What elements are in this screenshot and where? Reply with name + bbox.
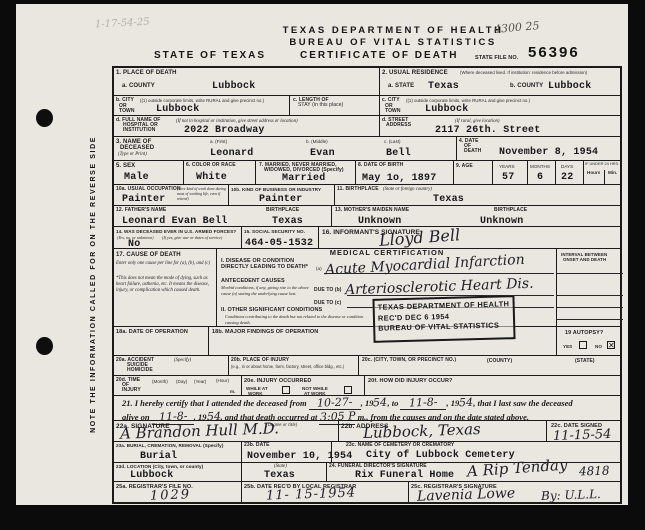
faint-pencil-scribble: 1-17-54-25 xyxy=(95,18,150,31)
disease-a-label: (a) xyxy=(316,266,322,272)
marital-cell: 7. MARRIED, NEVER MARRIED, WIDOWED, DIVO… xyxy=(256,161,356,184)
burial-date-label: 23b. DATE xyxy=(244,443,270,449)
res-county-value: Lubbock xyxy=(548,82,591,92)
date-signed-value: 11-15-54 xyxy=(553,428,612,443)
armed-forces-label: 14. WAS DECEASED EVER IN U.S. ARMED FORC… xyxy=(116,229,236,234)
accident-cell: 20a. ACCIDENT (Specify) SUICIDE HOMICIDE xyxy=(114,356,229,375)
name-cell: 3. NAME OF DECEASED (Type or Print) a. (… xyxy=(114,137,457,160)
burial-date-cell: 23b. DATE November 10, 1954 xyxy=(242,442,332,462)
cause-note1: Enter only one cause per line for (a), (… xyxy=(116,261,211,267)
accident-note: (Specify) xyxy=(174,358,191,364)
informant-cell: 16. INFORMANT'S SIGNATURE Lloyd Bell xyxy=(319,227,623,248)
place-of-death-label: 1. PLACE OF DEATH xyxy=(116,70,177,77)
birthplace-note: (State or foreign country) xyxy=(383,187,432,193)
hospital-label3: INSTITUTION xyxy=(123,128,156,134)
attended-from-fill: 10-27- xyxy=(309,397,361,410)
registrar-date-cell: 25b. DATE REC'D BY LOCAL REGISTRAR 11- 1… xyxy=(242,482,409,502)
header-bureau: BUREAU OF VITAL STATISTICS xyxy=(278,37,508,48)
row-parents: 12. FATHER'S NAME Leonard Evan Bell BIRT… xyxy=(114,206,620,227)
file-no-label: STATE FILE NO. xyxy=(475,55,518,61)
race-cell: 6. COLOR OR RACE White xyxy=(184,161,256,184)
mother-birthplace-label: BIRTHPLACE xyxy=(494,208,527,214)
interval-cell: INTERVAL BETWEEN ONSET AND DEATH xyxy=(557,249,623,326)
physician-address: Lubbock, Texas xyxy=(363,422,481,441)
father-cell: 12. FATHER'S NAME Leonard Evan Bell BIRT… xyxy=(114,206,332,226)
funeral-director-cell: 24. FUNERAL DIRECTOR'S SIGNATURE Rix Fun… xyxy=(327,463,623,481)
autopsy-label: 19 AUTOPSY? xyxy=(565,330,603,336)
funeral-director-number: 4818 xyxy=(579,464,610,477)
funeral-director-label: 24. FUNERAL DIRECTOR'S SIGNATURE xyxy=(329,464,427,470)
birthplace-cell: 11. BIRTHPLACE (State or foreign country… xyxy=(335,185,623,205)
burial-location-label: 23d. LOCATION (City, town, or county) xyxy=(116,464,203,469)
sex-label: 5. SEX xyxy=(116,163,135,170)
row-place-residence: 1. PLACE OF DEATH a. COUNTY Lubbock 2. U… xyxy=(114,68,620,96)
father-label: 12. FATHER'S NAME xyxy=(116,208,166,214)
age-divider xyxy=(583,161,584,184)
certify-line1: 21. I hereby certify that I attended the… xyxy=(122,397,623,410)
burial-state-cell: (State) Texas xyxy=(242,463,327,481)
street-cell: d. STREET ADDRESS (If rural, give locati… xyxy=(380,116,623,136)
injury-day-label: (Day) xyxy=(176,379,187,385)
physician-signature-cell: 22a. SIGNATURE (Degree or title) A Brand… xyxy=(114,421,339,441)
attended-to-fill: 11-8- xyxy=(400,397,446,410)
due-to-c-label: DUE TO (c) xyxy=(314,301,341,307)
interval-line xyxy=(557,307,623,308)
place-of-injury-note: (e.g., in or about home, farm, factory, … xyxy=(231,364,353,369)
res-state-value: Texas xyxy=(428,82,459,92)
informant-signature: Lloyd Bell xyxy=(379,227,461,249)
row-operation: 18a. DATE OF OPERATION 18b. MAJOR FINDIN… xyxy=(114,327,620,356)
row-occupation: 10a. USUAL OCCUPATION (Give kind of work… xyxy=(114,185,620,206)
time-of-injury-cell: 20d. TIME OF INJURY (Month) (Day) (Year)… xyxy=(114,376,242,395)
birthplace-value: Texas xyxy=(433,195,464,205)
injury-year-label: (Year) xyxy=(194,379,206,385)
dob-value: May 1o, 1897 xyxy=(362,174,436,184)
birthplace-label: 11. BIRTHPLACE xyxy=(337,187,379,193)
year1-value: 54 xyxy=(373,398,387,408)
ssn-cell: 15. SOCIAL SECURITY NO. 464-05-1532 xyxy=(242,227,319,248)
occupation-label: 10a. USUAL OCCUPATION xyxy=(116,187,181,193)
header-department: TEXAS DEPARTMENT OF HEALTH xyxy=(278,25,508,36)
certify-text: , that I last saw the deceased xyxy=(473,398,572,408)
due-to-b-label: DUE TO (b) xyxy=(314,288,342,294)
funeral-home-value: Rix Funeral Home xyxy=(355,471,454,481)
injury-county-label: (COUNTY) xyxy=(487,359,512,365)
certify-text: , to xyxy=(387,398,398,408)
name-label3: (Type or Print) xyxy=(118,152,147,158)
attended-from-value: 10-27- xyxy=(317,397,353,408)
hospital-cell: d. FULL NAME OF HOSPITAL OR INSTITUTION … xyxy=(114,116,380,136)
industry-cell: 10b. KIND OF BUSINESS OR INDUSTRY Painte… xyxy=(229,185,335,205)
burial-type-value: Burial xyxy=(140,452,177,462)
age-divider xyxy=(604,170,605,184)
res-city-value: Lubbock xyxy=(425,105,468,115)
registrar-date-value: 11- 15-1954 xyxy=(266,486,356,502)
cemetery-cell: 23c. NAME OF CEMETERY OR CREMATORY City … xyxy=(332,442,623,462)
hospital-value: 2022 Broadway xyxy=(184,126,265,136)
burial-state-value: Texas xyxy=(264,471,295,481)
antecedent-note: Morbid conditions, if any, giving rise t… xyxy=(221,285,309,296)
occupation-value: Painter xyxy=(122,195,165,205)
injury-occurred-cell: 20e. INJURY OCCURRED WHILE AT WORK NOT W… xyxy=(242,376,365,395)
funeral-director-signature: A Rip Tenday xyxy=(467,458,568,480)
header-state: STATE OF TEXAS xyxy=(154,50,266,61)
row-injury-kind: 20a. ACCIDENT (Specify) SUICIDE HOMICIDE… xyxy=(114,356,620,376)
father-birthplace-value: Texas xyxy=(272,217,303,227)
dob-label: 8. DATE OF BIRTH xyxy=(358,163,403,169)
homicide-label: HOMICIDE xyxy=(127,368,153,374)
name-label2: DECEASED xyxy=(120,145,154,152)
cemetery-label: 23c. NAME OF CEMETERY OR CREMATORY xyxy=(346,443,454,449)
mother-cell: 13. MOTHER'S MAIDEN NAME Unknown BIRTHPL… xyxy=(332,206,623,226)
res-city-note: ((1) outside corporate limits, write RUR… xyxy=(406,98,616,104)
interval-label2: ONSET AND DEATH xyxy=(563,257,606,262)
age-min-label: Min. xyxy=(608,170,617,176)
mother-value: Unknown xyxy=(358,217,401,227)
how-injury-label: 20f. HOW DID INJURY OCCUR? xyxy=(368,378,453,384)
marital-value: Married xyxy=(282,174,325,184)
middle-name-label: b. (Middle) xyxy=(306,139,328,145)
sex-value: Male xyxy=(124,173,149,183)
other-conditions-label: II. OTHER SIGNIFICANT CONDITIONS xyxy=(221,307,322,313)
physician-signature: A Brandon Hull M.D. xyxy=(120,421,279,442)
usual-residence-cell: 2. USUAL RESIDENCE (Where deceased lived… xyxy=(380,68,623,95)
age-divider xyxy=(555,161,556,184)
interval-line xyxy=(557,319,623,320)
pod-city-cell: b. CITY ((1) outside corporate limits, w… xyxy=(114,96,290,115)
cause-of-death-label: 17. CAUSE OF DEATH xyxy=(116,252,181,259)
street-label2: ADDRESS xyxy=(386,123,411,129)
place-of-injury-cell: 20b. PLACE OF INJURY (e.g., in or about … xyxy=(229,356,359,375)
row-hospital-street: d. FULL NAME OF HOSPITAL OR INSTITUTION … xyxy=(114,116,620,137)
first-name-value: Leonard xyxy=(210,149,253,159)
place-of-injury-label: 20b. PLACE OF INJURY xyxy=(231,358,289,364)
row-injury-time: 20d. TIME OF INJURY (Month) (Day) (Year)… xyxy=(114,376,620,396)
attended-to-value: 11-8- xyxy=(409,398,438,409)
stamp-line3: BUREAU OF VITAL STATISTICS xyxy=(378,321,510,335)
age-divider xyxy=(492,161,493,184)
row-name: 3. NAME OF DECEASED (Type or Print) a. (… xyxy=(114,137,620,161)
cause-label-cell: 17. CAUSE OF DEATH Enter only one cause … xyxy=(114,249,217,326)
age-years-value: 57 xyxy=(502,173,514,183)
residence-label: 2. USUAL RESIDENCE xyxy=(382,70,448,77)
physician-address-cell: 22b. ADDRESS Lubbock, Texas xyxy=(339,421,547,441)
certify-text: , 19 xyxy=(361,398,374,408)
armed-forces-note2: (If yes, give war or dates of service) xyxy=(162,235,222,240)
punch-hole-top xyxy=(36,109,53,127)
stay-label2: STAY (in this place) xyxy=(298,103,343,109)
operation-date-cell: 18a. DATE OF OPERATION xyxy=(114,327,209,355)
dod-label3: DEATH xyxy=(464,149,481,155)
reverse-side-note: NOTE THE INFORMATION CALLED FOR ON THE R… xyxy=(90,136,97,433)
registrar-signature-cell: 25c. REGISTRAR'S SIGNATURE Lavenia Lowe … xyxy=(409,482,623,502)
dod-value: November 8, 1954 xyxy=(499,148,598,158)
age-hours-label: Hours xyxy=(587,170,600,176)
father-value: Leonard Evan Bell xyxy=(122,217,227,227)
registrar-file-cell: 25a. REGISTRAR'S FILE NO. 1029 xyxy=(114,482,242,502)
injury-month-label: (Month) xyxy=(152,379,168,385)
res-city-cell: c. CITY ((1) outside corporate limits, w… xyxy=(380,96,623,115)
place-of-death-cell: 1. PLACE OF DEATH a. COUNTY Lubbock xyxy=(114,68,380,95)
injury-city-cell: 20c. (CITY, TOWN, OR PRECINCT NO.) (COUN… xyxy=(359,356,623,375)
occupation-note: (Give kind of work done during most of w… xyxy=(177,187,227,202)
registrar-file-value: 1029 xyxy=(150,488,192,502)
middle-name-value: Evan xyxy=(310,149,335,159)
industry-value: Painter xyxy=(259,195,302,205)
age-cell: 9. AGE YEARS MONTHS DAYS IF UNDER 24 HRS… xyxy=(454,161,623,184)
residence-note: (Where deceased lived. If institution: r… xyxy=(460,70,620,76)
first-name-label: a. (First) xyxy=(210,139,227,145)
burial-location-cell: 23d. LOCATION (City, town, or county) Lu… xyxy=(114,463,242,481)
res-city-town: TOWN xyxy=(385,109,401,115)
operation-findings-label: 18b. MAJOR FINDINGS OF OPERATION xyxy=(212,329,318,335)
industry-label: 10b. KIND OF BUSINESS OR INDUSTRY xyxy=(231,187,321,192)
age-months-label: MONTHS xyxy=(530,164,550,170)
cause-note2: *This does not mean the mode of dying, s… xyxy=(116,276,211,294)
street-value: 2117 26th. Street xyxy=(435,126,540,136)
mother-birthplace-value: Unknown xyxy=(480,217,523,227)
burial-location-city: Lubbock xyxy=(130,471,173,481)
row-registrar: 25a. REGISTRAR'S FILE NO. 1029 25b. DATE… xyxy=(114,482,620,502)
certify-cell: 21. I hereby certify that I attended the… xyxy=(114,396,623,420)
header-title: CERTIFICATE OF DEATH xyxy=(300,50,459,61)
injury-m-label: m. xyxy=(230,389,235,395)
pencil-fee-scribble: 4300 25 xyxy=(494,20,540,35)
time-of-injury-label3: INJURY xyxy=(122,388,141,394)
interval-line xyxy=(557,295,623,296)
registrar-by-initials: By: U.L.L. xyxy=(541,488,601,502)
injury-city-label: 20c. (CITY, TOWN, OR PRECINCT NO.) xyxy=(362,358,456,364)
age-days-value: 22 xyxy=(561,173,573,183)
row-physician: 22a. SIGNATURE (Degree or title) A Brand… xyxy=(114,421,620,442)
autopsy-yes-label: YES xyxy=(563,344,572,350)
armed-forces-cell: 14. WAS DECEASED EVER IN U.S. ARMED FORC… xyxy=(114,227,242,248)
received-stamp: TEXAS DEPARTMENT OF HEALTH REC'D DEC 6 1… xyxy=(372,295,515,343)
burial-type-cell: 23a. BURIAL, CREMATION, REMOVAL (Specify… xyxy=(114,442,242,462)
not-while-checkbox xyxy=(344,386,352,394)
date-signed-cell: 22c. DATE SIGNED 11-15-54 xyxy=(547,421,623,441)
interval-line xyxy=(557,273,623,274)
how-injury-cell: 20f. HOW DID INJURY OCCUR? xyxy=(365,376,623,395)
race-label: 6. COLOR OR RACE xyxy=(186,163,236,169)
age-under-label: IF UNDER 24 HRS. xyxy=(585,162,619,167)
row-cause-of-death: 17. CAUSE OF DEATH Enter only one cause … xyxy=(114,249,620,327)
burial-type-label: 23a. BURIAL, CREMATION, REMOVAL (Specify… xyxy=(116,443,223,448)
ssn-label: 15. SOCIAL SECURITY NO. xyxy=(244,229,305,234)
while-at-work-checkbox xyxy=(282,386,290,394)
date-of-death-cell: 4. DATE OF DEATH November 8, 1954 xyxy=(457,137,623,160)
sex-cell: 5. SEX Male xyxy=(114,161,184,184)
cemetery-value: City of Lubbock Cemetery xyxy=(366,451,515,461)
age-months-value: 6 xyxy=(537,173,543,183)
row-armed-ssn-informant: 14. WAS DECEASED EVER IN U.S. ARMED FORC… xyxy=(114,227,620,249)
certify-text: 21. I hereby certify that I attended the… xyxy=(122,398,307,408)
occupation-cell: 10a. USUAL OCCUPATION (Give kind of work… xyxy=(114,185,229,205)
pod-county-label: a. COUNTY xyxy=(122,83,155,90)
ssn-value: 464-05-1532 xyxy=(245,239,313,249)
age-days-label: DAYS xyxy=(561,164,573,170)
autopsy-cell: 19 AUTOPSY? YES NO ✕ xyxy=(557,327,623,355)
autopsy-yes-checkbox xyxy=(579,341,587,349)
pod-city-town: TOWN xyxy=(119,109,135,115)
row-city: b. CITY ((1) outside corporate limits, w… xyxy=(114,96,620,116)
row-location-director: 23d. LOCATION (City, town, or county) Lu… xyxy=(114,463,620,482)
father-birthplace-label: BIRTHPLACE xyxy=(266,208,299,214)
pod-city-note: ((1) outside corporate limits, write RUR… xyxy=(140,98,285,104)
injury-occurred-label: 20e. INJURY OCCURRED xyxy=(244,378,311,384)
res-state-label: a. STATE xyxy=(388,83,414,90)
race-value: White xyxy=(196,173,227,183)
punch-hole-bottom xyxy=(36,337,53,355)
length-of-stay-cell: c. LENGTH OF STAY (in this place) xyxy=(290,96,380,115)
other-conditions-note: Conditions contributing to the death but… xyxy=(225,314,375,325)
certificate-form: 1. PLACE OF DEATH a. COUNTY Lubbock 2. U… xyxy=(112,66,622,504)
antecedent-label: ANTECEDENT CAUSES xyxy=(221,278,285,284)
certify-text: , 19 xyxy=(446,398,459,408)
injury-state-label: (STATE) xyxy=(575,359,595,365)
row-stats: 5. SEX Male 6. COLOR OR RACE White 7. MA… xyxy=(114,161,620,185)
registrar-signature: Lavenia Lowe xyxy=(417,486,516,503)
pod-county-value: Lubbock xyxy=(212,82,255,92)
operation-date-label: 18a. DATE OF OPERATION xyxy=(116,329,188,335)
dob-cell: 8. DATE OF BIRTH May 1o, 1897 xyxy=(356,161,454,184)
row-certify: 21. I hereby certify that I attended the… xyxy=(114,396,620,421)
autopsy-no-label: NO xyxy=(595,344,602,350)
state-file-number: 56396 xyxy=(528,44,580,61)
last-name-label: c. (Last) xyxy=(384,139,401,145)
age-divider xyxy=(527,161,528,184)
res-county-label: b. COUNTY xyxy=(510,83,543,90)
age-years-label: YEARS xyxy=(499,164,515,170)
autopsy-no-checkbox: ✕ xyxy=(607,341,615,349)
last-name-value: Bell xyxy=(386,149,411,159)
injury-hour-label: (Hour) xyxy=(216,378,229,384)
age-label: 9. AGE xyxy=(456,164,473,170)
year2-value: 54 xyxy=(459,398,473,408)
mother-label: 13. MOTHER'S MAIDEN NAME xyxy=(335,208,409,214)
certificate-scan: NOTE THE INFORMATION CALLED FOR ON THE R… xyxy=(16,4,628,505)
pod-city-value: Lubbock xyxy=(156,105,199,115)
disease-label2: DIRECTLY LEADING TO DEATH* xyxy=(221,264,308,270)
